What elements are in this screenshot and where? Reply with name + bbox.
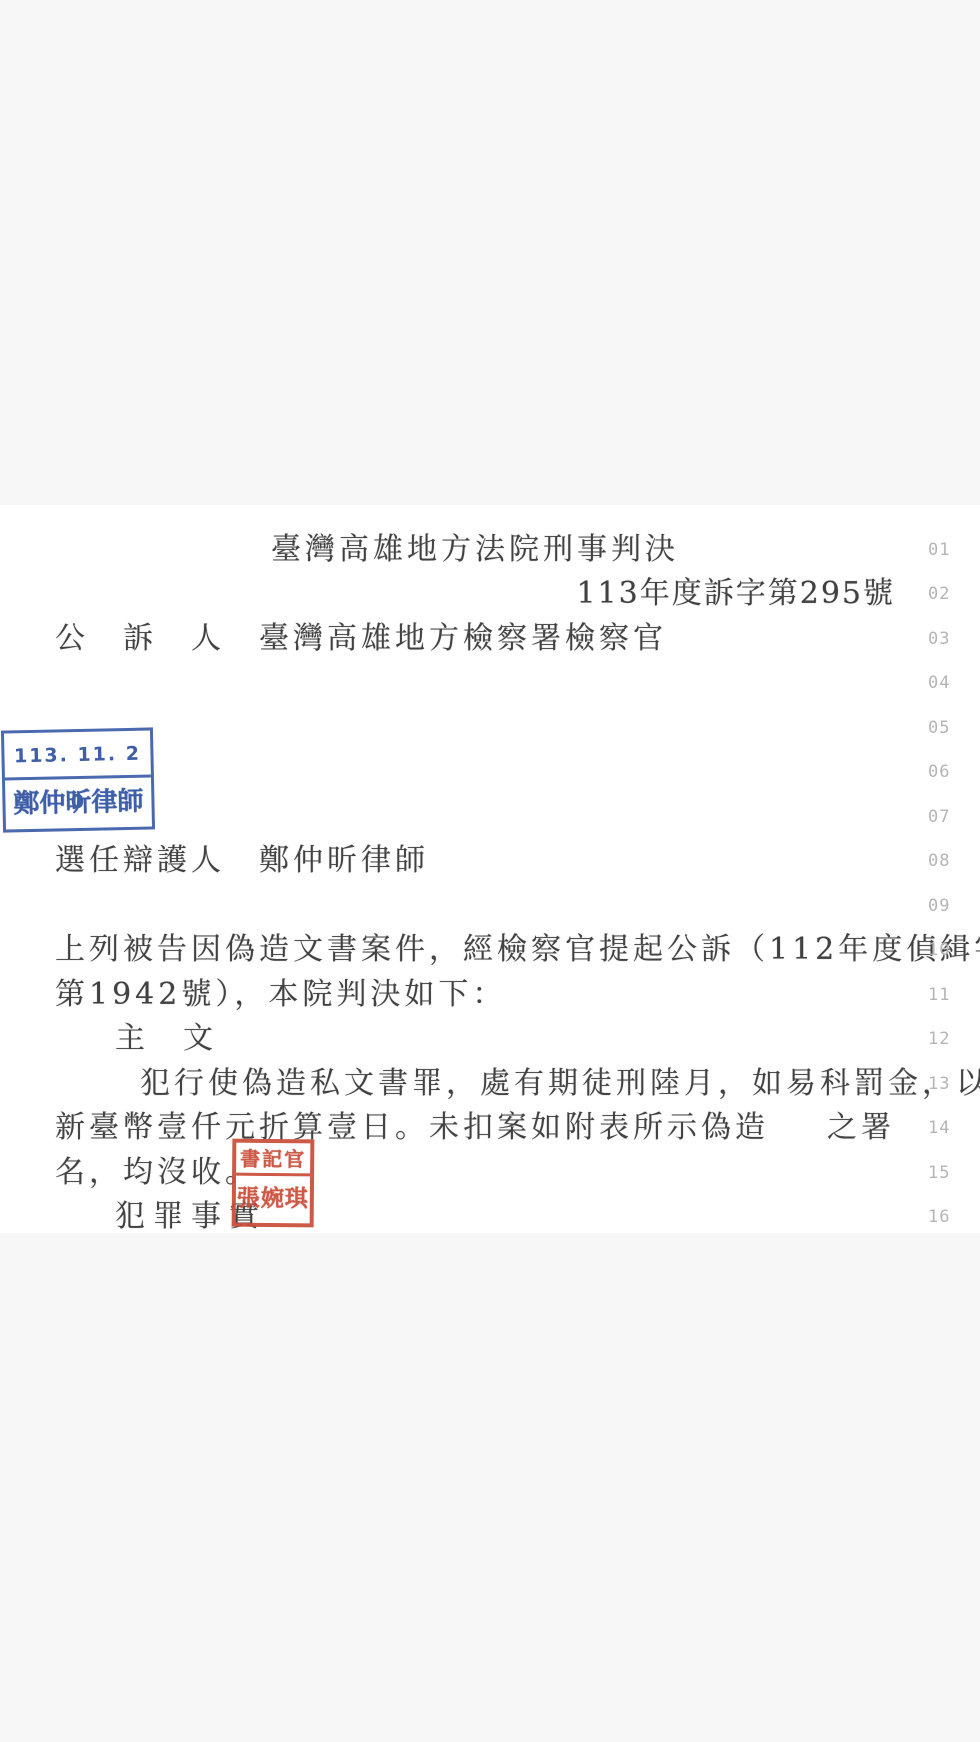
sentence-text-line: 名，均沒收。 <box>55 1151 895 1195</box>
judgment-line-15: 名，均沒收。 15 <box>0 1151 980 1195</box>
line-number: 16 <box>928 1195 950 1239</box>
line-number: 10 <box>928 928 950 972</box>
criminal-facts-heading: 犯罪事實 <box>55 1195 895 1239</box>
main-text-heading: 主 文 <box>55 1017 895 1061</box>
line-14-left-segment: 新臺幣壹仟元折算壹日。未扣案如附表所示偽造 <box>55 1110 769 1145</box>
defense-counsel-line: 選任辯護人 鄭仲昕律師 <box>55 839 895 883</box>
line-number: 12 <box>928 1017 950 1061</box>
judgment-line-10: 上列被告因偽造文書案件，經檢察官提起公訴（112年度偵緝字 10 <box>0 928 980 972</box>
judgment-line-13: 犯行使偽造私文書罪，處有期徒刑陸月，如易科罰金，以 13 <box>0 1062 980 1106</box>
line-14-right-segment: 之署 <box>827 1106 895 1150</box>
prosecutor-line: 公 訴 人 臺灣高雄地方檢察署檢察官 <box>55 617 895 661</box>
line-number: 14 <box>928 1106 950 1150</box>
line-number: 05 <box>928 706 950 750</box>
blank-line <box>55 706 895 750</box>
line-number: 03 <box>928 617 950 661</box>
clerk-seal-stamp: 書記官 張婉琪 <box>232 1139 315 1228</box>
blank-line <box>55 884 895 928</box>
body-text-line: 上列被告因偽造文書案件，經檢察官提起公訴（112年度偵緝字 <box>55 928 895 972</box>
judgment-line-08: 選任辯護人 鄭仲昕律師 08 <box>0 839 980 883</box>
line-number: 06 <box>928 750 950 794</box>
judgment-line-16: 犯罪事實 16 <box>0 1195 980 1239</box>
judgment-title: 臺灣高雄地方法院刑事判決 <box>55 528 895 572</box>
blank-line <box>55 750 895 794</box>
line-number: 11 <box>928 973 950 1017</box>
document-viewer: 臺灣高雄地方法院刑事判決 01 113年度訴字第295號 02 公 訴 人 臺灣… <box>0 0 980 1742</box>
judgment-line-02: 113年度訴字第295號 02 <box>0 572 980 616</box>
judgment-line-09: 09 <box>0 884 980 928</box>
blank-line <box>55 661 895 705</box>
stamp-lawyer-name: 鄭仲昕律師 <box>5 777 152 829</box>
line-number: 13 <box>928 1062 950 1106</box>
stamp-date: 113. 11. 2 0 <box>4 730 151 780</box>
line-number: 01 <box>928 528 950 572</box>
case-number: 113年度訴字第295號 <box>55 572 895 616</box>
judgment-line-03: 公 訴 人 臺灣高雄地方檢察署檢察官 03 <box>0 617 980 661</box>
line-number: 07 <box>928 795 950 839</box>
line-number: 09 <box>928 884 950 928</box>
line-number: 15 <box>928 1151 950 1195</box>
line-number: 08 <box>928 839 950 883</box>
line-number: 02 <box>928 572 950 616</box>
seal-clerk-name: 張婉琪 <box>236 1176 310 1223</box>
judgment-line-12: 主 文 12 <box>0 1017 980 1061</box>
seal-title: 書記官 <box>236 1143 310 1177</box>
judgment-line-04: 04 <box>0 661 980 705</box>
judgment-line-14: 新臺幣壹仟元折算壹日。未扣案如附表所示偽造 之署 14 <box>0 1106 980 1150</box>
sentence-text-line: 新臺幣壹仟元折算壹日。未扣案如附表所示偽造 之署 <box>55 1106 895 1150</box>
line-number: 04 <box>928 661 950 705</box>
judgment-line-11: 第1942號），本院判決如下： 11 <box>0 973 980 1017</box>
body-text-line: 第1942號），本院判決如下： <box>55 973 895 1017</box>
lawyer-receipt-stamp: 113. 11. 2 0 鄭仲昕律師 <box>1 727 155 832</box>
blank-line <box>55 795 895 839</box>
sentence-text-line: 犯行使偽造私文書罪，處有期徒刑陸月，如易科罰金，以 <box>55 1062 895 1106</box>
judgment-line-01: 臺灣高雄地方法院刑事判決 01 <box>0 528 980 572</box>
